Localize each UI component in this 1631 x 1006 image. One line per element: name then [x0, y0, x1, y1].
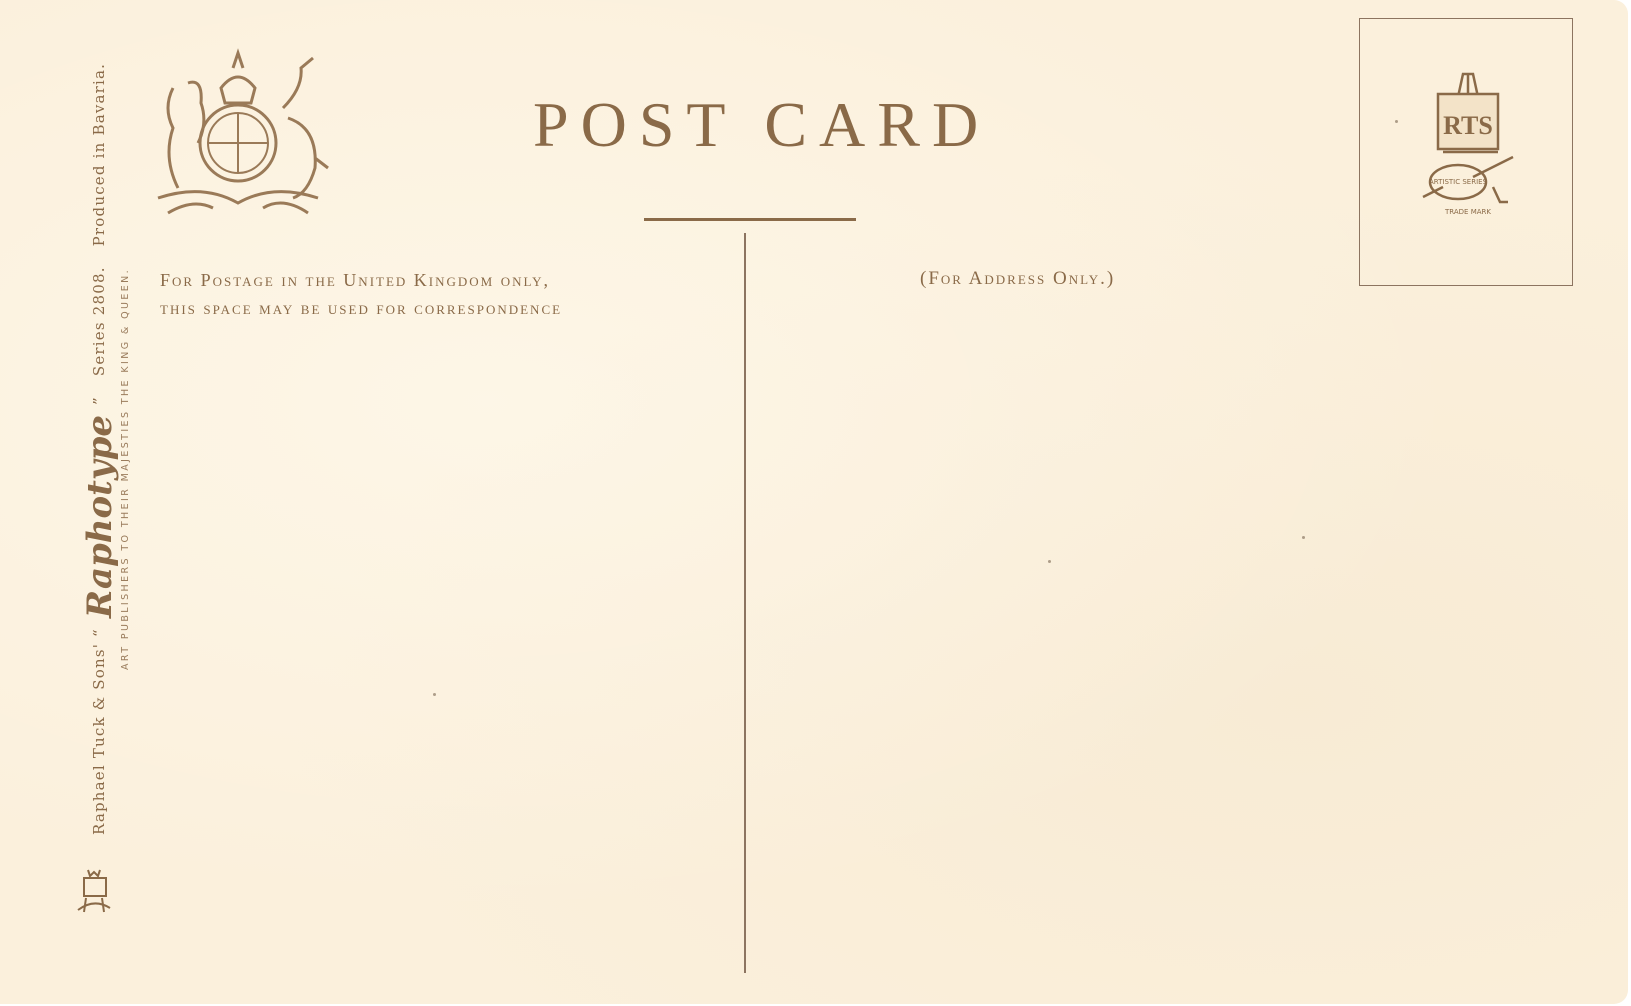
- correspondence-line-1: For Postage in the United Kingdom only,: [160, 266, 562, 294]
- paper-speck: [1302, 536, 1305, 539]
- address-label: (For Address Only.): [920, 268, 1115, 290]
- paper-speck: [433, 693, 436, 696]
- svg-text:RTS: RTS: [1443, 111, 1493, 140]
- center-divider: [744, 233, 746, 973]
- post-card-title: POST CARD: [533, 88, 990, 162]
- correspondence-line-2: this space may be used for correspondenc…: [160, 294, 562, 322]
- series-number: Series 2808.: [90, 266, 108, 376]
- produced-in: Produced in Bavaria.: [90, 63, 108, 247]
- publisher-imprint: Raphael Tuck & Sons' “Raphotype” Series …: [80, 63, 120, 835]
- tuck-monogram-icon: [74, 868, 114, 916]
- svg-text:TRADE MARK: TRADE MARK: [1444, 208, 1491, 216]
- raphotype-brand: Raphotype: [80, 415, 120, 618]
- postcard-back: Raphael Tuck & Sons' “Raphotype” Series …: [0, 0, 1628, 1004]
- publisher-name: Raphael Tuck & Sons': [90, 643, 108, 835]
- paper-speck: [1048, 560, 1051, 563]
- easel-palette-trademark-icon: RTS ARTISTIC SERIES TRADE MARK: [1418, 72, 1518, 222]
- title-underline: [644, 218, 856, 221]
- royal-coat-of-arms-icon: [143, 48, 333, 218]
- svg-text:ARTISTIC SERIES: ARTISTIC SERIES: [1429, 178, 1488, 186]
- paper-speck: [1395, 120, 1398, 123]
- correspondence-instructions: For Postage in the United Kingdom only, …: [160, 266, 562, 322]
- royal-warrant-text: ART PUBLISHERS TO THEIR MAJESTIES THE KI…: [120, 268, 131, 670]
